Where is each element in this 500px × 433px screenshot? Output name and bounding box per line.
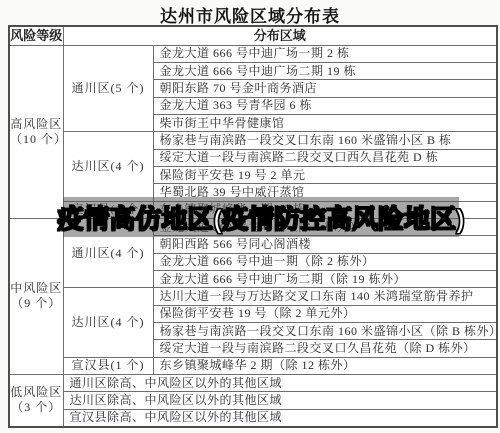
address-cell: 宣汉县除高、中风险区以外的其他区域 <box>63 409 497 427</box>
header-risk-level: 风险等级 <box>9 26 63 45</box>
address-cell: 杨家巷与南滨路一段交叉口东南 160 米盛锦小区（除 B 栋外） <box>153 322 497 339</box>
address-cell: 绥定大道一段与南滨路二段交叉口西久昌花苑 D 栋 <box>153 149 497 166</box>
address-cell: 杨家巷与南滨路一段交叉口东南 160 米盛锦小区 B 栋 <box>153 132 497 149</box>
district-cell: 达川区(4 个) <box>63 132 153 201</box>
address-cell: 金龙大道 666 号中迪广场一期 2 栋 <box>153 45 497 62</box>
address-cell: 达川大道一段与万达路交叉口东南 140 米鸿瑞堂筋骨养护 <box>153 288 497 305</box>
address-cell: 金龙大道 666 号中迪广场二期（除 19 栋外） <box>153 270 497 287</box>
table-row: 达川区(4 个)杨家巷与南滨路一段交叉口东南 160 米盛锦小区 B 栋 <box>9 132 497 149</box>
table-row: 宣汉县(1 个)东乡镇聚城峰华 2 期（除 12 栋外） <box>9 357 497 374</box>
address-cell: 金龙大道 666 号中迪广场二期 19 栋 <box>153 63 497 80</box>
district-cell: 宣汉县(1 个) <box>63 357 153 374</box>
address-cell: 保险街平安巷 19 号 2 单元 <box>153 167 497 184</box>
header-row: 风险等级 分布区域 <box>9 26 497 45</box>
page-title: 达州市风险区域分布表 <box>0 2 500 27</box>
table-row: 达川区(4 个)达川大道一段与万达路交叉口东南 140 米鸿瑞堂筋骨养护 <box>9 288 497 305</box>
table-row: 低风险区（3 个）通川区除高、中风险区以外的其他区域 <box>9 374 497 391</box>
district-cell: 通川区(5 个) <box>63 45 153 132</box>
address-cell: 保险街平安巷 19 号（除 2 单元外） <box>153 305 497 322</box>
address-cell: 朝阳东路 70 号金叶商务酒店 <box>153 80 497 97</box>
address-cell: 通川区除高、中风险区以外的其他区域 <box>63 374 497 391</box>
table-row: 达川区除高、中风险区以外的其他区域 <box>9 392 497 409</box>
district-cell: 达川区(4 个) <box>63 288 153 357</box>
risk-level-cell: 中风险区（9 个） <box>9 219 63 375</box>
header-distribution: 分布区域 <box>63 26 497 45</box>
address-cell: 柴市街王中华骨健康馆 <box>153 115 497 132</box>
table-row: 宣汉县除高、中风险区以外的其他区域 <box>9 409 497 427</box>
address-cell: 达川区除高、中风险区以外的其他区域 <box>63 392 497 409</box>
watermark-banner: 疫情高仿地区(疫情防控高风险地区) <box>63 197 459 237</box>
address-cell: 绥定大道一段与南滨路二段交叉口久昌花苑（除 D 栋外） <box>153 340 497 357</box>
risk-level-cell: 高风险区（10 个） <box>9 45 63 218</box>
table-row: 高风险区（10 个）通川区(5 个)金龙大道 666 号中迪广场一期 2 栋 <box>9 45 497 62</box>
risk-level-cell: 低风险区（3 个） <box>9 374 63 427</box>
watermark-text: 疫情高仿地区(疫情防控高风险地区) <box>57 199 464 236</box>
address-cell: 金龙大道 666 号中迪一期（除 2 栋外） <box>153 253 497 270</box>
page: 达州市风险区域分布表 风险等级 分布区域 高风险区（10 个）通川区(5 个)金… <box>0 0 500 433</box>
address-cell: 朝阳西路 566 号同心阁酒楼 <box>153 236 497 253</box>
address-cell: 金龙大道 363 号青华园 6 栋 <box>153 97 497 114</box>
address-cell: 东乡镇聚城峰华 2 期（除 12 栋外） <box>153 357 497 374</box>
